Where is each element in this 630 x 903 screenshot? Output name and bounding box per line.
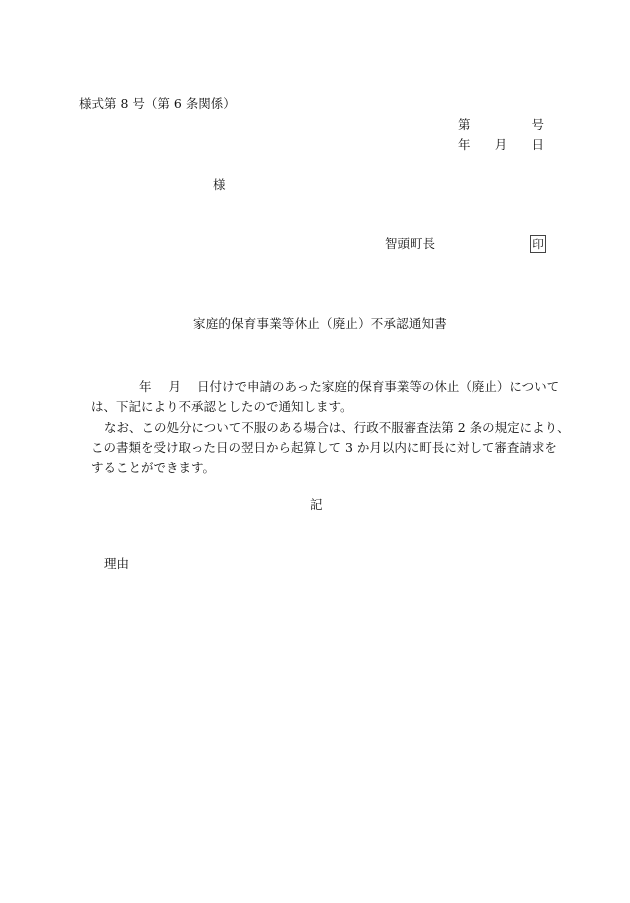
reason-label: 理由 bbox=[104, 558, 129, 571]
addressee-suffix: 様 bbox=[213, 179, 226, 192]
document-number-line: 第 号 bbox=[458, 119, 544, 132]
seal-stamp-icon: 印 bbox=[530, 235, 546, 253]
body-paragraph1-line1: 年月日付けで申請のあった家庭的保育事業等の休止（廃止）について bbox=[91, 377, 553, 397]
body-month: 月 bbox=[169, 379, 182, 394]
ki-heading: 記 bbox=[310, 499, 323, 512]
date-year: 年 bbox=[458, 139, 471, 152]
body-paragraph2-line2: この書類を受け取った日の翌日から起算して 3 か月以内に町長に対して審査請求を bbox=[91, 438, 553, 458]
number-suffix: 号 bbox=[531, 119, 544, 132]
document-date-line: 年 月 日 bbox=[458, 139, 544, 152]
body-year: 年 bbox=[139, 379, 152, 394]
sender-name: 智頭町長 bbox=[385, 238, 435, 251]
body-paragraph2-line3: することができます。 bbox=[91, 458, 553, 478]
body-paragraph2-line1: なお、この処分について不服のある場合は、行政不服審査法第 2 条の規定により、 bbox=[91, 418, 553, 438]
date-day: 日 bbox=[531, 139, 544, 152]
date-month: 月 bbox=[495, 139, 508, 152]
document-title: 家庭的保育事業等休止（廃止）不承認通知書 bbox=[193, 318, 447, 331]
form-number: 様式第 8 号（第 6 条関係） bbox=[79, 98, 236, 111]
body-paragraph1-line2: は、下記により不承認としたので通知します。 bbox=[91, 397, 553, 417]
body-line1-rest: 日付けで申請のあった家庭的保育事業等の休止（廃止）について bbox=[197, 379, 559, 394]
number-prefix: 第 bbox=[458, 119, 471, 132]
document-body: 年月日付けで申請のあった家庭的保育事業等の休止（廃止）について は、下記により不… bbox=[91, 377, 553, 478]
